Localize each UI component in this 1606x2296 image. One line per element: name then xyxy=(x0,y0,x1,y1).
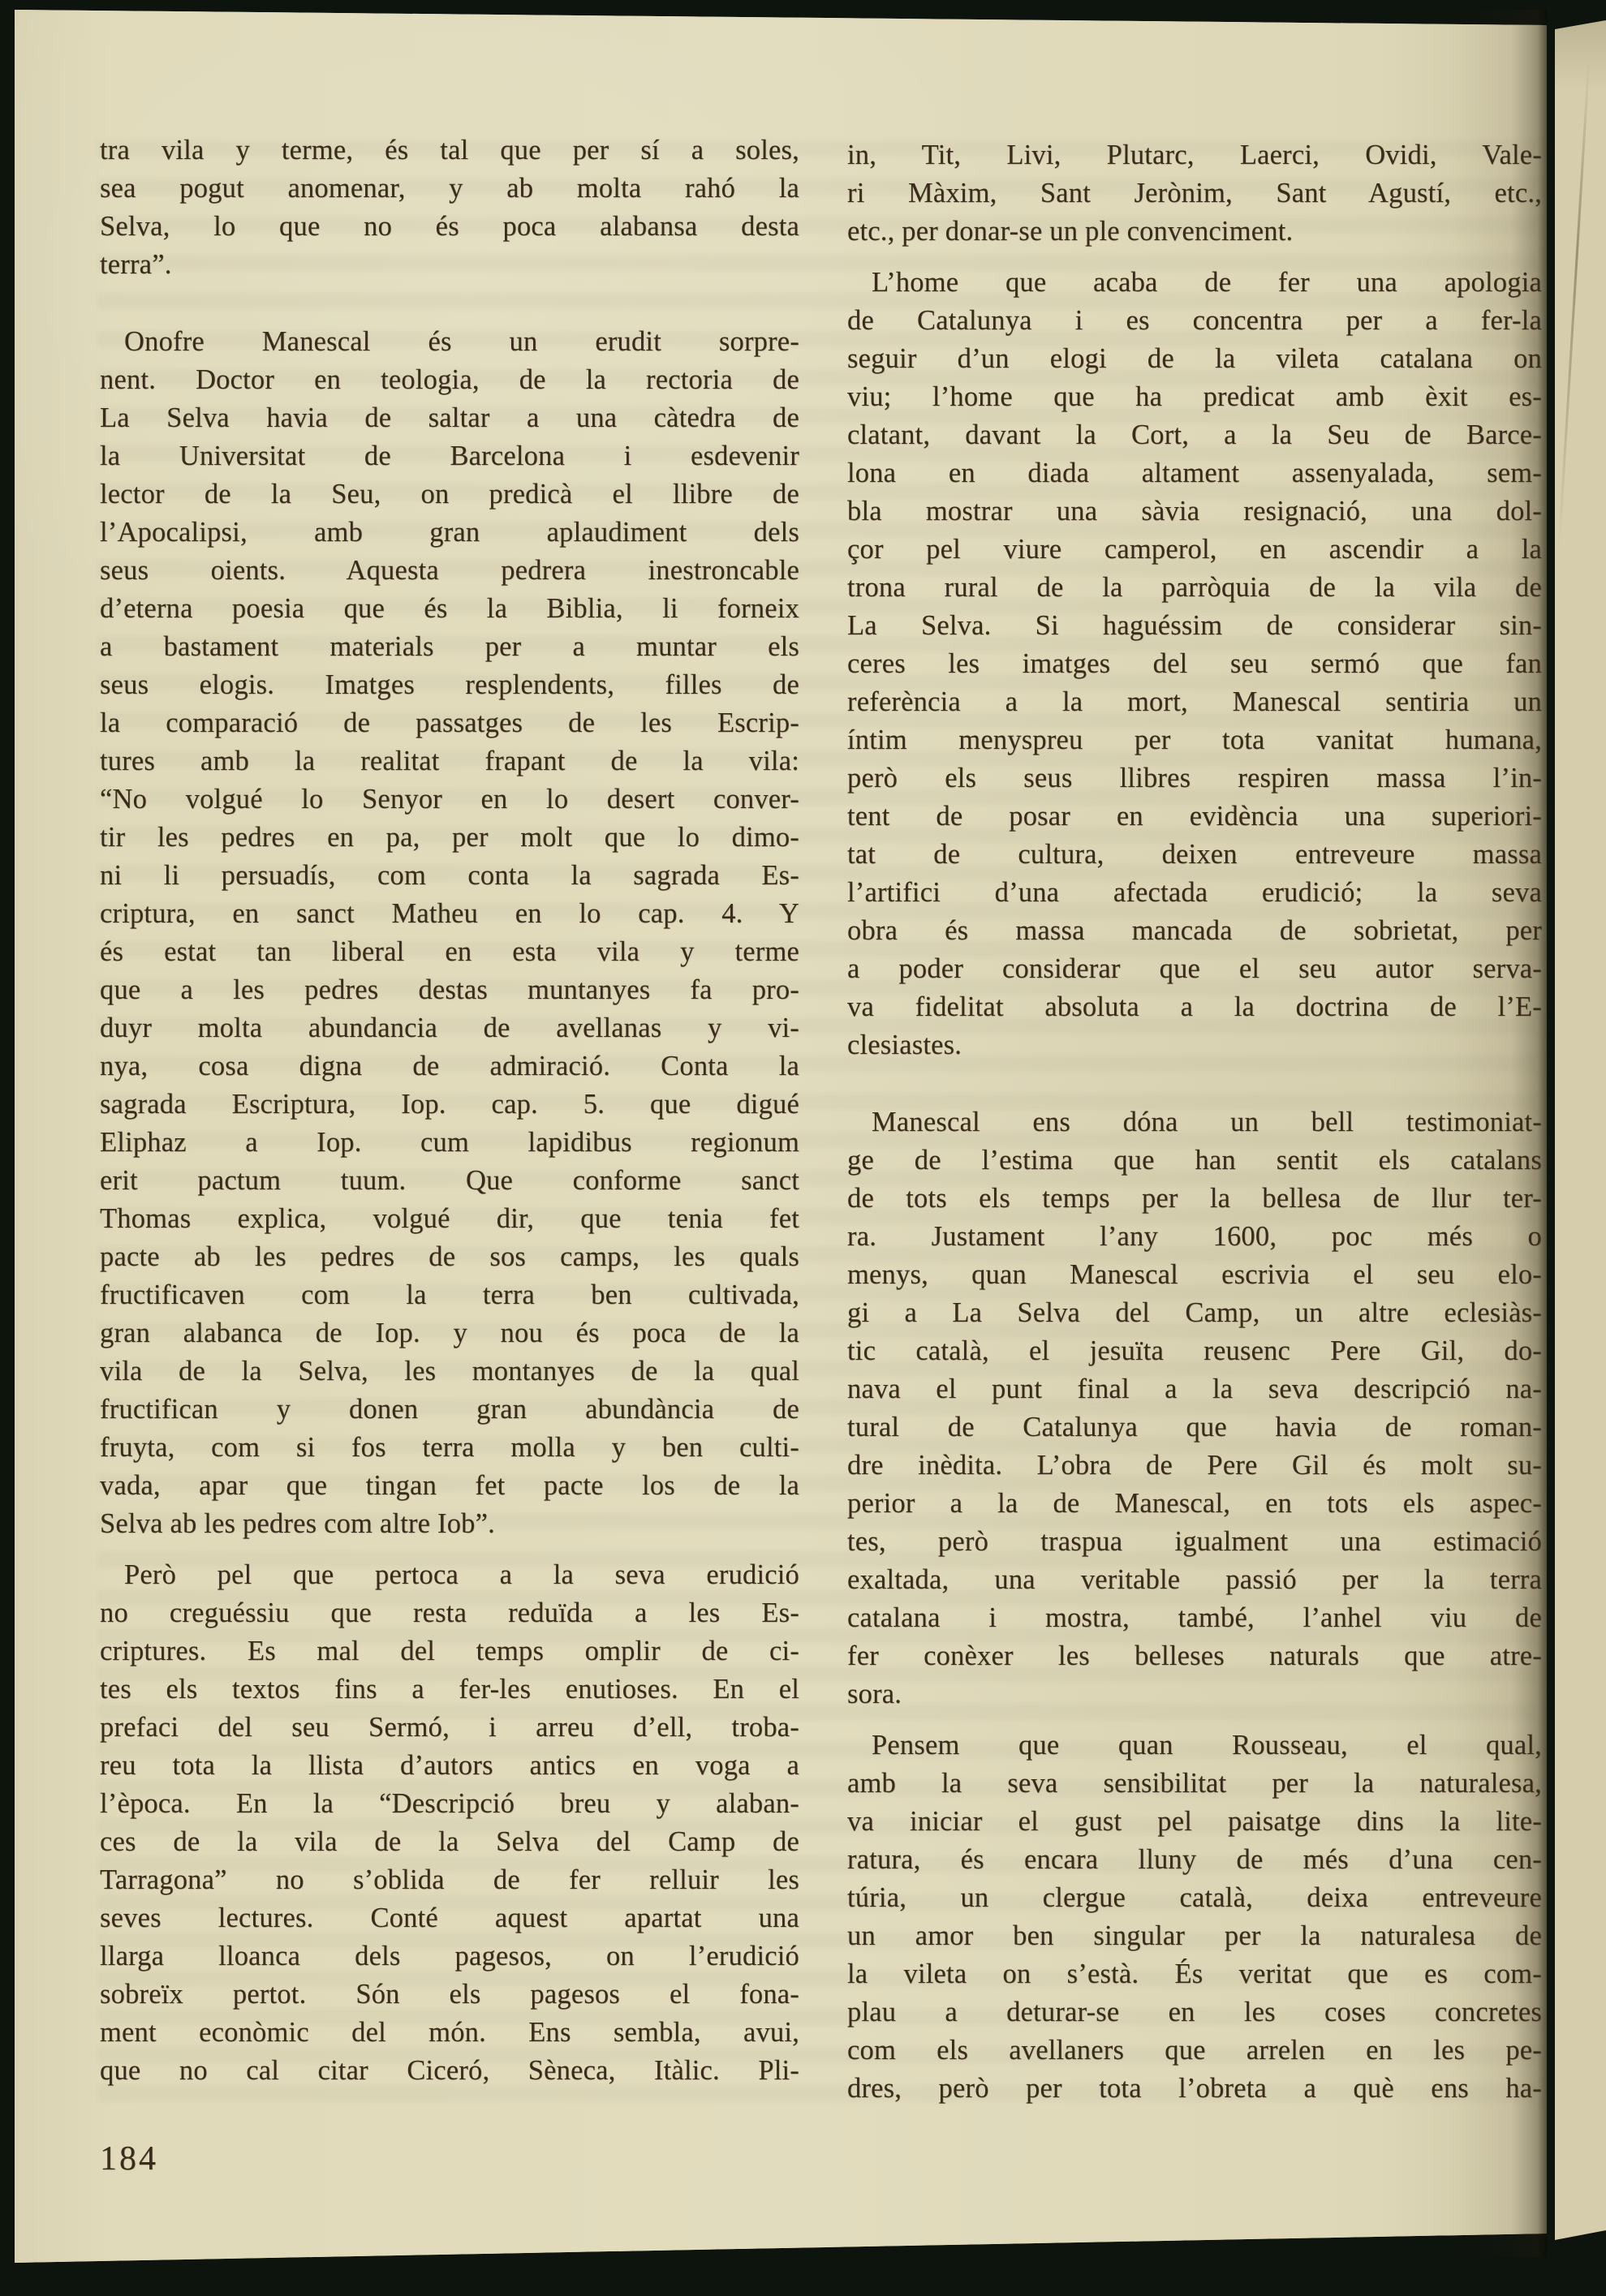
text-line: de tots els temps per la bellesa de llur… xyxy=(847,1180,1542,1218)
text-line: vada, apar que tingan fet pacte los de l… xyxy=(100,1467,799,1505)
text-line: fer conèxer les belleses naturals que at… xyxy=(847,1637,1542,1675)
text-line: que no cal citar Ciceró, Sèneca, Itàlic.… xyxy=(100,2052,799,2090)
text-line: menys, quan Manescal escrivia el seu elo… xyxy=(847,1256,1542,1294)
text-line: L’home que acaba de fer una apologia xyxy=(847,264,1542,302)
text-line: gran alabanca de Iop. y nou és poca de l… xyxy=(100,1314,799,1352)
text-line: tural de Catalunya que havia de roman- xyxy=(847,1408,1542,1447)
text-line: çor pel viure camperol, en ascendir a la xyxy=(847,531,1542,569)
text-line: perior a la de Manescal, en tots els asp… xyxy=(847,1485,1542,1523)
text-line: tic català, el jesuïta reusenc Pere Gil,… xyxy=(847,1332,1542,1370)
text-line: referència a la mort, Manescal sentiria … xyxy=(847,683,1542,721)
text-line: plau a deturar-se en les coses concretes xyxy=(847,1993,1542,2032)
text-line: va iniciar el gust pel paisatge dins la … xyxy=(847,1803,1542,1841)
text-line: seves lectures. Conté aquest apartat una xyxy=(100,1899,799,1937)
text-line: dre inèdita. L’obra de Pere Gil és molt … xyxy=(847,1447,1542,1485)
text-line: criptures. Es mal del temps omplir de ci… xyxy=(100,1632,799,1670)
text-line: nya, cosa digna de admiració. Conta la xyxy=(100,1047,799,1086)
text-line: criptura, en sanct Matheu en lo cap. 4. … xyxy=(100,895,799,933)
text-line: un amor ben singular per la naturalesa d… xyxy=(847,1917,1542,1955)
text-line: tures amb la realitat frapant de la vila… xyxy=(100,742,799,780)
text-line: Tarragona” no s’oblida de fer relluir le… xyxy=(100,1861,799,1899)
text-line: etc., per donar-se un ple convenciment. xyxy=(847,213,1542,251)
text-line: tir les pedres en pa, per molt que lo di… xyxy=(100,819,799,857)
text-line: la vileta on s’està. És veritat que es c… xyxy=(847,1955,1542,1993)
text-line: ge de l’estima que han sentit els catala… xyxy=(847,1142,1542,1180)
text-line: de Catalunya i es concentra per a fer-la xyxy=(847,302,1542,340)
text-line: sora. xyxy=(847,1675,1542,1713)
text-line: íntim menyspreu per tota vanitat humana, xyxy=(847,721,1542,759)
paragraph: L’home que acaba de fer una apologiade C… xyxy=(847,264,1542,1064)
text-line: tes, però traspua igualment una estimaci… xyxy=(847,1523,1542,1561)
text-line: reu tota la llista d’autors antics en vo… xyxy=(100,1747,799,1785)
text-line: prefaci del seu Sermó, i arreu d’ell, tr… xyxy=(100,1709,799,1747)
text-line: tent de posar en evidència una superiori… xyxy=(847,798,1542,836)
text-line: lector de la Seu, on predicà el llibre d… xyxy=(100,475,799,514)
text-line: va fidelitat absoluta a la doctrina de l… xyxy=(847,988,1542,1026)
text-line: Selva, lo que no és poca alabansa desta xyxy=(100,208,799,246)
text-line: tra vila y terme, és tal que per sí a so… xyxy=(100,131,799,170)
text-line: duyr molta abundancia de avellanas y vi- xyxy=(100,1009,799,1047)
text-line: tes els textos fins a fer-les enutioses.… xyxy=(100,1670,799,1709)
text-line: nent. Doctor en teologia, de la rectoria… xyxy=(100,361,799,399)
paragraph: Manescal ens dóna un bell testimoniat-ge… xyxy=(847,1103,1542,1713)
paragraph: Pensem que quan Rousseau, el qual,amb la… xyxy=(847,1726,1542,2108)
text-line: clatant, davant la Cort, a la Seu de Bar… xyxy=(847,416,1542,454)
text-line: sobreïx pertot. Són els pagesos el fona- xyxy=(100,1976,799,2014)
text-line: ment econòmic del món. Ens sembla, avui, xyxy=(100,2014,799,2052)
text-line: seguir d’un elogi de la vileta catalana … xyxy=(847,340,1542,378)
text-line: ratura, és encara lluny de més d’una cen… xyxy=(847,1841,1542,1879)
text-line: erit pactum tuum. Que conforme sanct xyxy=(100,1162,799,1200)
text-line: ra. Justament l’any 1600, poc més o xyxy=(847,1218,1542,1256)
text-line: terra”. xyxy=(100,246,799,284)
text-line: vila de la Selva, les montanyes de la qu… xyxy=(100,1352,799,1391)
text-line: l’Apocalipsi, amb gran aplaudiment dels xyxy=(100,514,799,552)
text-line: amb la seva sensibilitat per la naturale… xyxy=(847,1765,1542,1803)
page-number: 184 xyxy=(100,2142,158,2176)
text-line: La Selva havia de saltar a una càtedra d… xyxy=(100,399,799,437)
text-line: però els seus llibres respiren massa l’i… xyxy=(847,759,1542,798)
text-line: dres, però per tota l’obreta a què ens h… xyxy=(847,2070,1542,2108)
text-line: la comparació de passatges de les Escrip… xyxy=(100,704,799,742)
text-line: trona rural de la parròquia de la vila d… xyxy=(847,569,1542,607)
text-line: La Selva. Si haguéssim de considerar sin… xyxy=(847,607,1542,645)
text-line: Onofre Manescal és un erudit sorpre- xyxy=(100,323,799,361)
text-line: sea pogut anomenar, y ab molta rahó la xyxy=(100,170,799,208)
text-line: Però pel que pertoca a la seva erudició xyxy=(100,1556,799,1594)
text-line: gi a La Selva del Camp, un altre eclesià… xyxy=(847,1294,1542,1332)
text-line: l’època. En la “Descripció breu y alaban… xyxy=(100,1785,799,1823)
text-line: fructifican y donen gran abundància de xyxy=(100,1391,799,1429)
text-line: Manescal ens dóna un bell testimoniat- xyxy=(847,1103,1542,1142)
text-line: bla mostrar una sàvia resignació, una do… xyxy=(847,492,1542,531)
text-line: la Universitat de Barcelona i esdevenir xyxy=(100,437,799,475)
text-line: Eliphaz a Iop. cum lapidibus regionum xyxy=(100,1124,799,1162)
text-line: exaltada, una veritable passió per la te… xyxy=(847,1561,1542,1599)
text-line: Thomas explica, volgué dir, que tenia fe… xyxy=(100,1200,799,1238)
text-line: catalana i mostra, també, l’anhel viu de xyxy=(847,1599,1542,1637)
text-line: Pensem que quan Rousseau, el qual, xyxy=(847,1726,1542,1765)
text-line: és estat tan liberal en esta vila y term… xyxy=(100,933,799,971)
text-line: “No volgué lo Senyor en lo desert conver… xyxy=(100,780,799,819)
text-line: sagrada Escriptura, Iop. cap. 5. que dig… xyxy=(100,1086,799,1124)
text-line: no creguéssiu que resta reduïda a les Es… xyxy=(100,1594,799,1632)
text-line: Selva ab les pedres com altre Iob”. xyxy=(100,1505,799,1543)
text-line: lona en diada altament assenyalada, sem- xyxy=(847,454,1542,492)
text-line: viu; l’home que ha predicat amb èxit es- xyxy=(847,378,1542,416)
paragraph: Però pel que pertoca a la seva erudición… xyxy=(100,1556,799,2090)
text-line: a bastament materials per a muntar els xyxy=(100,628,799,666)
text-line: obra és massa mancada de sobrietat, per xyxy=(847,912,1542,950)
paragraph: tra vila y terme, és tal que per sí a so… xyxy=(100,131,799,284)
text-line: ri Màxim, Sant Jerònim, Sant Agustí, etc… xyxy=(847,174,1542,213)
text-line: in, Tit, Livi, Plutarc, Laerci, Ovidi, V… xyxy=(847,136,1542,174)
text-line: ces de la vila de la Selva del Camp de xyxy=(100,1823,799,1861)
text-line: que a les pedres destas muntanyes fa pro… xyxy=(100,971,799,1009)
paragraph: in, Tit, Livi, Plutarc, Laerci, Ovidi, V… xyxy=(847,136,1542,251)
text-line: clesiastes. xyxy=(847,1026,1542,1064)
text-line: tat de cultura, deixen entreveure massa xyxy=(847,836,1542,874)
text-line: seus elogis. Imatges resplendents, fille… xyxy=(100,666,799,704)
text-line: fructificaven com la terra ben cultivada… xyxy=(100,1276,799,1314)
text-line: ceres les imatges del seu sermó que fan xyxy=(847,645,1542,683)
text-line: fruyta, com si fos terra molla y ben cul… xyxy=(100,1429,799,1467)
text-line: com els avellaners que arrelen en les pe… xyxy=(847,2032,1542,2070)
text-line: d’eterna poesia que és la Biblia, li for… xyxy=(100,590,799,628)
text-line: nava el punt final a la seva descripció … xyxy=(847,1370,1542,1408)
text-line: llarga lloanca dels pagesos, on l’erudic… xyxy=(100,1937,799,1976)
text-line: l’artifici d’una afectada erudició; la s… xyxy=(847,874,1542,912)
text-line: a poder considerar que el seu autor serv… xyxy=(847,950,1542,988)
text-line: túria, un clergue català, deixa entreveu… xyxy=(847,1879,1542,1917)
text-column-left: tra vila y terme, és tal que per sí a so… xyxy=(100,131,799,2090)
text-line: pacte ab les pedres de sos camps, les qu… xyxy=(100,1238,799,1276)
text-column-right: in, Tit, Livi, Plutarc, Laerci, Ovidi, V… xyxy=(847,136,1542,2108)
text-line: ni li persuadís, com conta la sagrada Es… xyxy=(100,857,799,895)
paragraph: Onofre Manescal és un erudit sorpre-nent… xyxy=(100,323,799,1543)
text-line: seus oients. Aquesta pedrera inestroncab… xyxy=(100,552,799,590)
